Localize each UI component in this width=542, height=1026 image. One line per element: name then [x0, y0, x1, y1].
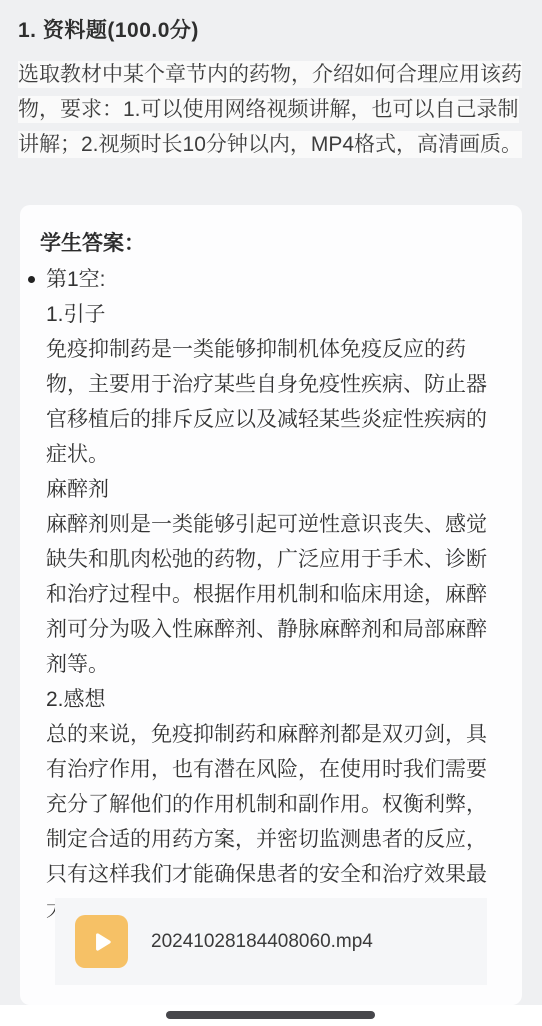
play-icon — [89, 929, 115, 955]
bullet-icon — [28, 276, 35, 283]
answer-text: 第1空: 1.引子 免疫抑制药是一类能够抑制机体免疫反应的药物，主要用于治疗某些… — [46, 262, 506, 927]
home-indicator-bar[interactable] — [166, 1011, 375, 1019]
student-answer-card: 学生答案： 第1空: 1.引子 免疫抑制药是一类能够抑制机体免疫反应的药物，主要… — [20, 205, 522, 1005]
system-navigation-area — [0, 1005, 542, 1026]
answer-blank-item: 第1空: 1.引子 免疫抑制药是一类能够抑制机体免疫反应的药物，主要用于治疗某些… — [28, 262, 506, 927]
video-filename: 20241028184408060.mp4 — [151, 931, 373, 953]
play-video-button[interactable] — [75, 915, 128, 968]
video-attachment-row[interactable]: 20241028184408060.mp4 — [55, 898, 487, 985]
question-text-highlight: 选取教材中某个章节内的药物，介绍如何合理应用该药物，要求：1.可以使用网络视频讲… — [18, 61, 522, 158]
question-text: 选取教材中某个章节内的药物，介绍如何合理应用该药物，要求：1.可以使用网络视频讲… — [18, 57, 525, 162]
student-answer-label: 学生答案： — [40, 227, 145, 257]
question-title: 1. 资料题(100.0分) — [18, 14, 524, 44]
